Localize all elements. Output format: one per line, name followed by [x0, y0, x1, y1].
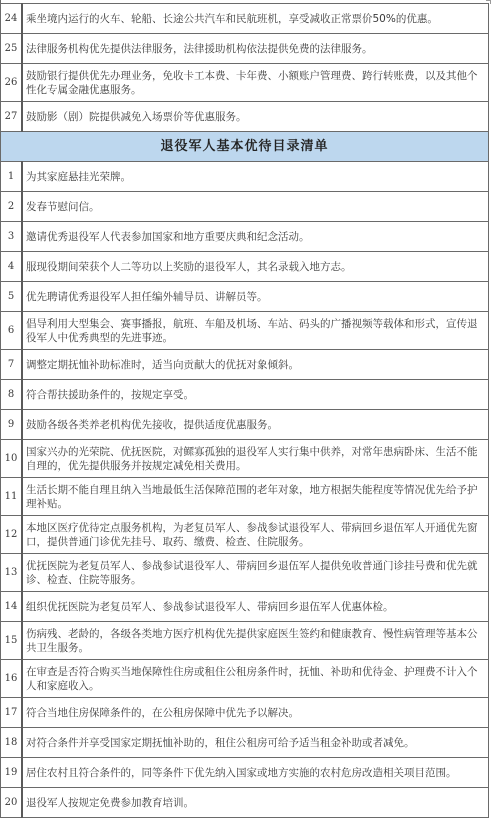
row-text: 组织优抚医院为老复员军人、参战参试退役军人、带病回乡退伍军人优惠体检。: [22, 592, 489, 622]
table-row: 9 鼓励各级各类养老机构优先接收，提供适度优惠服务。: [1, 410, 489, 440]
row-number: 5: [1, 282, 23, 312]
table-row: 14 组织优抚医院为老复员军人、参战参试退役军人、带病回乡退伍军人优惠体检。: [1, 592, 489, 622]
row-text: 生活长期不能自理且纳入当地最低生活保障范围的老年对象，地方根据失能程度等情况优先…: [22, 478, 489, 516]
row-number: 6: [1, 312, 23, 350]
row-text: 服现役期间荣获个人二等功以上奖励的退役军人，其名录载入地方志。: [22, 252, 489, 282]
table-row: 20 退役军人按规定免费参加教育培训。: [1, 788, 489, 818]
row-number: 25: [1, 34, 23, 64]
row-text: 法律服务机构优先提供法律服务，法律援助机构依法提供免费的法律服务。: [22, 34, 489, 64]
table-row: 13 优抚医院为老复员军人、参战参试退役军人、带病回乡退伍军人提供免收普通门诊挂…: [1, 554, 489, 592]
row-number: 26: [1, 64, 23, 102]
row-number: 20: [1, 788, 23, 818]
section-header-row: 退役军人基本优待目录清单: [1, 132, 489, 162]
row-number: 16: [1, 660, 23, 698]
row-text: 国家兴办的光荣院、优抚医院，对鳏寡孤独的退役军人实行集中供养，对常年患病卧床、生…: [22, 440, 489, 478]
table-row: 12 本地区医疗优待定点服务机构，为老复员军人、参战参试退役军人、带病回乡退伍军…: [1, 516, 489, 554]
row-text: 符合帮扶援助条件的，按规定享受。: [22, 380, 489, 410]
table-row: 6 倡导利用大型集会、赛事播报，航班、车船及机场、车站、码头的广播视频等载体和形…: [1, 312, 489, 350]
row-text: 退役军人按规定免费参加教育培训。: [22, 788, 489, 818]
table-row: 15 伤病残、老龄的，各级各类地方医疗机构优先提供家庭医生签约和健康教育、慢性病…: [1, 622, 489, 660]
row-number: 1: [1, 162, 23, 192]
table-row: 10 国家兴办的光荣院、优抚医院，对鳏寡孤独的退役军人实行集中供养，对常年患病卧…: [1, 440, 489, 478]
table-row: 16 在审查是否符合购买当地保障性住房或租住公租房条件时，抚恤、补助和优待金、护…: [1, 660, 489, 698]
table-row: 8 符合帮扶援助条件的，按规定享受。: [1, 380, 489, 410]
row-number: 9: [1, 410, 23, 440]
row-number: 11: [1, 478, 23, 516]
row-number: 13: [1, 554, 23, 592]
table-row: 1 为其家庭悬挂光荣牌。: [1, 162, 489, 192]
row-text: 对符合条件并享受国家定期抚恤补助的，租住公租房可给予适当租金补助或者减免。: [22, 728, 489, 758]
table-row: 27 鼓励影（剧）院提供减免入场票价等优惠服务。: [1, 102, 489, 132]
row-number: 10: [1, 440, 23, 478]
section-title: 退役军人基本优待目录清单: [1, 132, 489, 162]
row-text: 倡导利用大型集会、赛事播报，航班、车船及机场、车站、码头的广播视频等载体和形式，…: [22, 312, 489, 350]
benefits-table: 24 乘坐境内运行的火车、轮船、长途公共汽车和民航班机，享受减收正常票价50%的…: [0, 3, 489, 818]
table-row: 19 居住农村且符合条件的，同等条件下优先纳入国家或地方实施的农村危房改造相关项…: [1, 758, 489, 788]
row-text: 为其家庭悬挂光荣牌。: [22, 162, 489, 192]
table-row: 26 鼓励银行提供优先办理业务，免收卡工本费、卡年费、小额账户管理费、跨行转账费…: [1, 64, 489, 102]
row-number: 3: [1, 222, 23, 252]
benefits-list-table: 24 乘坐境内运行的火车、轮船、长途公共汽车和民航班机，享受减收正常票价50%的…: [0, 3, 489, 818]
table-row: 24 乘坐境内运行的火车、轮船、长途公共汽车和民航班机，享受减收正常票价50%的…: [1, 4, 489, 34]
row-number: 7: [1, 350, 23, 380]
row-text: 调整定期抚恤补助标准时，适当向贡献大的优抚对象倾斜。: [22, 350, 489, 380]
table-row: 11 生活长期不能自理且纳入当地最低生活保障范围的老年对象，地方根据失能程度等情…: [1, 478, 489, 516]
row-number: 27: [1, 102, 23, 132]
row-number: 2: [1, 192, 23, 222]
row-text: 符合当地住房保障条件的，在公租房保障中优先予以解决。: [22, 698, 489, 728]
table-row: 18 对符合条件并享受国家定期抚恤补助的，租住公租房可给予适当租金补助或者减免。: [1, 728, 489, 758]
row-text: 邀请优秀退役军人代表参加国家和地方重要庆典和纪念活动。: [22, 222, 489, 252]
row-number: 18: [1, 728, 23, 758]
row-number: 8: [1, 380, 23, 410]
row-text: 优抚医院为老复员军人、参战参试退役军人、带病回乡退伍军人提供免收普通门诊挂号费和…: [22, 554, 489, 592]
row-number: 14: [1, 592, 23, 622]
row-text: 鼓励各级各类养老机构优先接收，提供适度优惠服务。: [22, 410, 489, 440]
table-row: 7 调整定期抚恤补助标准时，适当向贡献大的优抚对象倾斜。: [1, 350, 489, 380]
row-number: 12: [1, 516, 23, 554]
row-text: 乘坐境内运行的火车、轮船、长途公共汽车和民航班机，享受减收正常票价50%的优惠。: [22, 4, 489, 34]
row-text: 优先聘请优秀退役军人担任编外辅导员、讲解员等。: [22, 282, 489, 312]
row-text: 居住农村且符合条件的，同等条件下优先纳入国家或地方实施的农村危房改造相关项目范围…: [22, 758, 489, 788]
table-row: 4 服现役期间荣获个人二等功以上奖励的退役军人，其名录载入地方志。: [1, 252, 489, 282]
row-number: 19: [1, 758, 23, 788]
table-row: 2 发春节慰问信。: [1, 192, 489, 222]
table-row: 5 优先聘请优秀退役军人担任编外辅导员、讲解员等。: [1, 282, 489, 312]
row-text: 在审查是否符合购买当地保障性住房或租住公租房条件时，抚恤、补助和优待金、护理费不…: [22, 660, 489, 698]
row-text: 本地区医疗优待定点服务机构，为老复员军人、参战参试退役军人、带病回乡退伍军人开通…: [22, 516, 489, 554]
row-text: 鼓励影（剧）院提供减免入场票价等优惠服务。: [22, 102, 489, 132]
table-row: 25 法律服务机构优先提供法律服务，法律援助机构依法提供免费的法律服务。: [1, 34, 489, 64]
row-number: 15: [1, 622, 23, 660]
row-number: 24: [1, 4, 23, 34]
row-text: 伤病残、老龄的，各级各类地方医疗机构优先提供家庭医生签约和健康教育、慢性病管理等…: [22, 622, 489, 660]
row-number: 17: [1, 698, 23, 728]
row-text: 发春节慰问信。: [22, 192, 489, 222]
row-text: 鼓励银行提供优先办理业务，免收卡工本费、卡年费、小额账户管理费、跨行转账费，以及…: [22, 64, 489, 102]
table-row: 17 符合当地住房保障条件的，在公租房保障中优先予以解决。: [1, 698, 489, 728]
row-number: 4: [1, 252, 23, 282]
table-row: 3 邀请优秀退役军人代表参加国家和地方重要庆典和纪念活动。: [1, 222, 489, 252]
